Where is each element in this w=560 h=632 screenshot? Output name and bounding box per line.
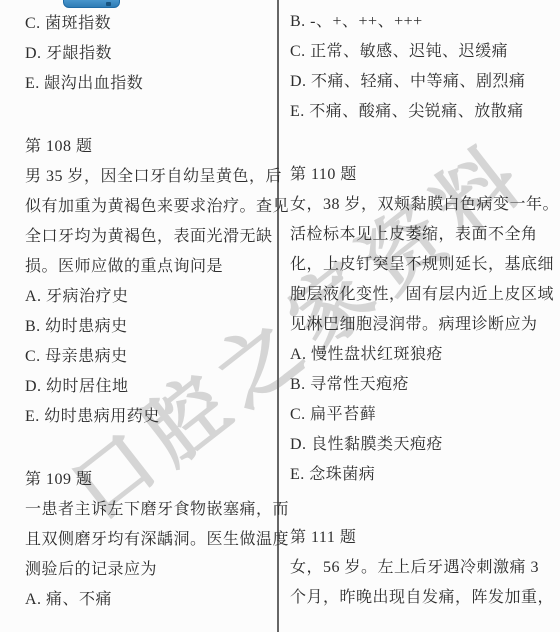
stem-line: 男 35 岁，因全口牙自幼呈黄色，后 (25, 162, 275, 192)
option-line: D. 牙龈指数 (25, 39, 275, 69)
option-line: B. -、+、++、+++ (290, 7, 558, 37)
stem-line: 全口牙均为黄褐色，表面光滑无缺 (25, 222, 275, 252)
option-line: B. 寻常性天疱疮 (290, 370, 558, 400)
carryover-options-block: B. -、+、++、+++ C. 正常、敏感、迟钝、迟缓痛 D. 不痛、轻痛、中… (290, 7, 558, 127)
stem-line: 化，上皮钉突呈不规则延长，基底细 (290, 250, 558, 280)
option-line: E. 不痛、酸痛、尖锐痛、放散痛 (290, 97, 558, 127)
question-number: 第 110 题 (290, 160, 558, 190)
stem-line: 测验后的记录应为 (25, 555, 275, 585)
option-line: C. 菌斑指数 (25, 9, 275, 39)
stem-line: 女，38 岁，双颊黏膜白色病变一年。 (290, 190, 558, 220)
stem-line: 个月，昨晚出现自发痛，阵发加重， (290, 583, 558, 613)
stem-line: 见淋巴细胞浸润带。病理诊断应为 (290, 310, 558, 340)
stem-line: 活检标本见上皮萎缩，表面不全角 (290, 220, 558, 250)
option-line: A. 牙病治疗史 (25, 282, 275, 312)
question-109-block: 第 109 题 一患者主诉左下磨牙食物嵌塞痛，而 且双侧磨牙均有深龋洞。医生做温… (25, 465, 275, 615)
left-column: C. 菌斑指数 D. 牙龈指数 E. 龈沟出血指数 第 108 题 男 35 岁… (25, 9, 275, 615)
stem-line: 损。医师应做的重点询问是 (25, 252, 275, 282)
option-line: E. 念珠菌病 (290, 460, 558, 490)
carryover-options-block: C. 菌斑指数 D. 牙龈指数 E. 龈沟出血指数 (25, 9, 275, 99)
option-line: C. 扁平苔藓 (290, 400, 558, 430)
option-line: E. 龈沟出血指数 (25, 69, 275, 99)
stem-line: 且双侧磨牙均有深龋洞。医生做温度 (25, 525, 275, 555)
question-108-block: 第 108 题 男 35 岁，因全口牙自幼呈黄色，后 似有加重为黄褐色来要求治疗… (25, 132, 275, 432)
option-line: C. 正常、敏感、迟钝、迟缓痛 (290, 37, 558, 67)
option-line: D. 不痛、轻痛、中等痛、剧烈痛 (290, 67, 558, 97)
question-number: 第 108 题 (25, 132, 275, 162)
stem-line: 女，56 岁。左上后牙遇冷刺激痛 3 (290, 553, 558, 583)
option-line: D. 良性黏膜类天疱疮 (290, 430, 558, 460)
blue-button-dot (106, 2, 111, 6)
option-line: C. 母亲患病史 (25, 342, 275, 372)
cropped-blue-button[interactable] (63, 0, 120, 8)
option-line: A. 慢性盘状红斑狼疮 (290, 340, 558, 370)
option-line: A. 痛、不痛 (25, 585, 275, 615)
option-line: B. 幼时患病史 (25, 312, 275, 342)
question-111-block: 第 111 题 女，56 岁。左上后牙遇冷刺激痛 3 个月，昨晚出现自发痛，阵发… (290, 523, 558, 613)
question-number: 第 111 题 (290, 523, 558, 553)
option-line: E. 幼时患病用药史 (25, 402, 275, 432)
option-line: D. 幼时居住地 (25, 372, 275, 402)
stem-line: 胞层液化变性，固有层内近上皮区域 (290, 280, 558, 310)
stem-line: 一患者主诉左下磨牙食物嵌塞痛，而 (25, 495, 275, 525)
question-110-block: 第 110 题 女，38 岁，双颊黏膜白色病变一年。 活检标本见上皮萎缩，表面不… (290, 160, 558, 490)
question-number: 第 109 题 (25, 465, 275, 495)
exam-sheet-page: 口腔之家资料 C. 菌斑指数 D. 牙龈指数 E. 龈沟出血指数 第 108 题… (0, 0, 560, 632)
right-column: B. -、+、++、+++ C. 正常、敏感、迟钝、迟缓痛 D. 不痛、轻痛、中… (290, 7, 558, 613)
stem-line: 似有加重为黄褐色来要求治疗。查见 (25, 192, 275, 222)
